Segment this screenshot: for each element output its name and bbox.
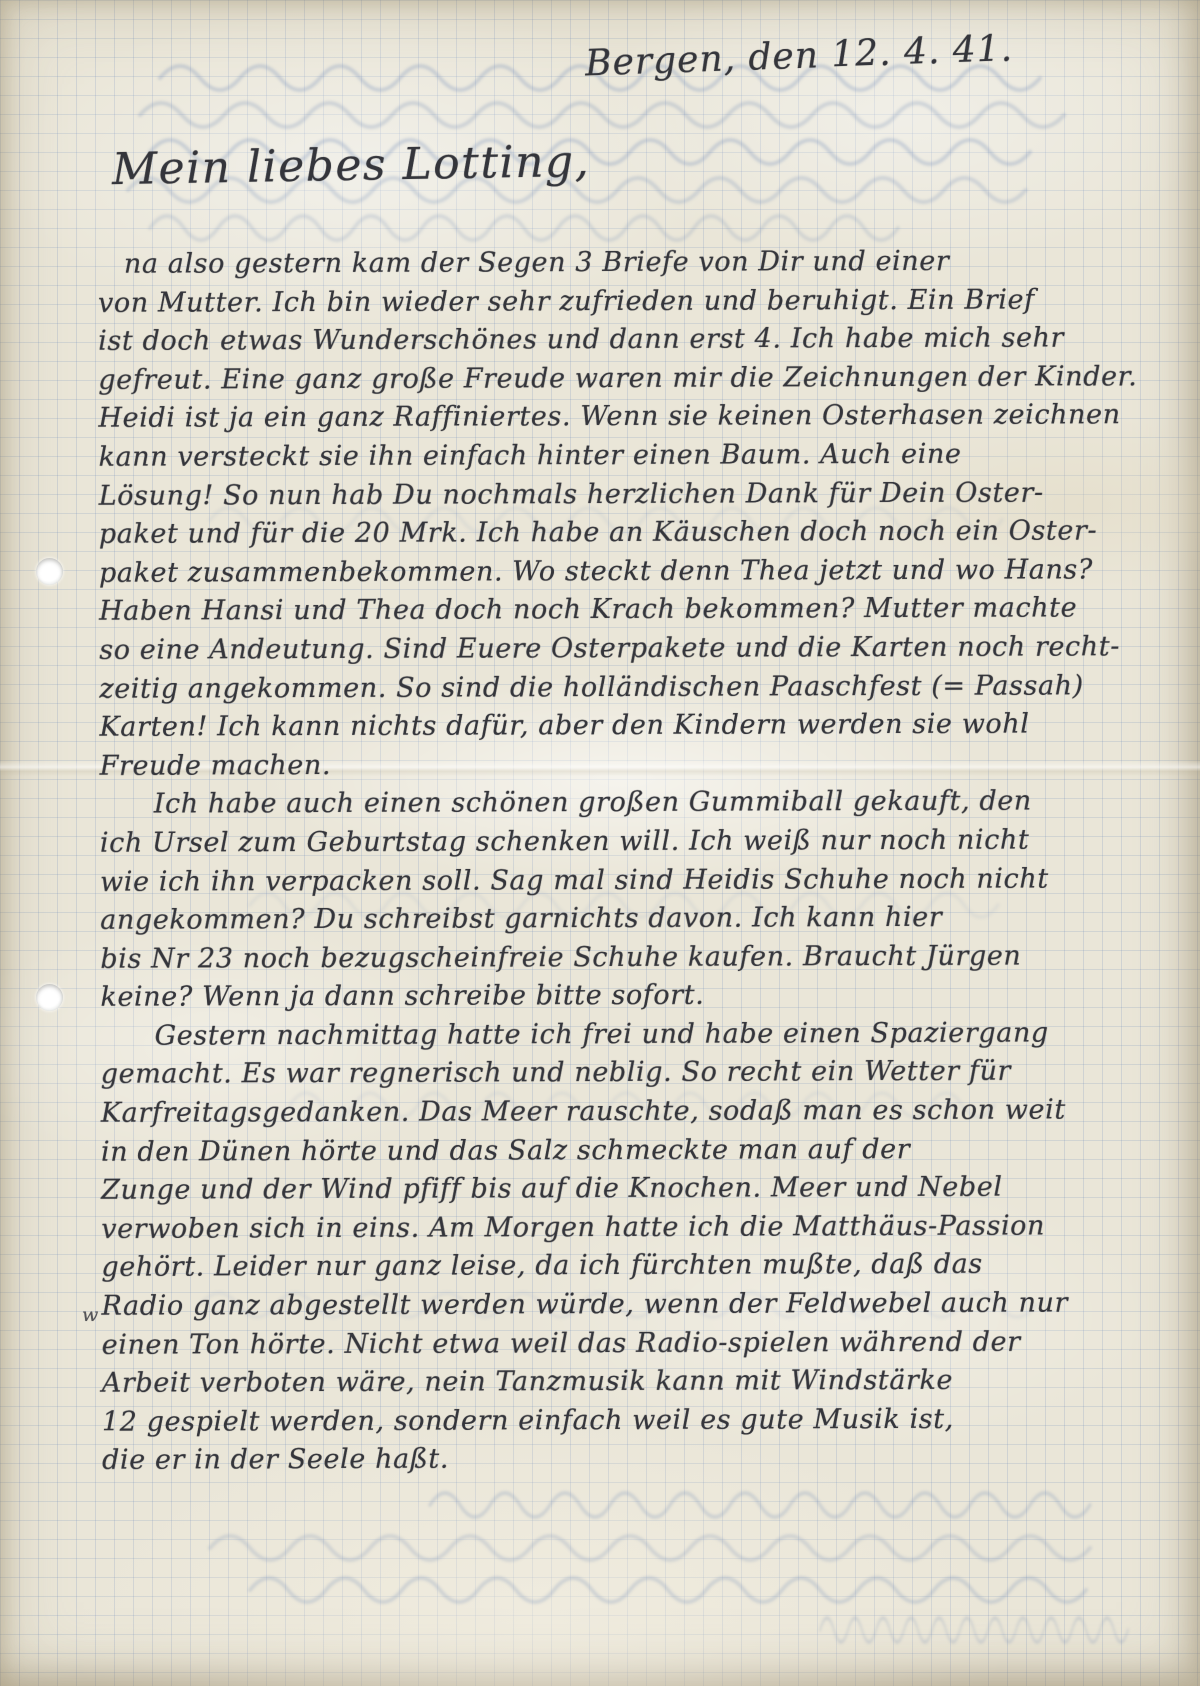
letter-line: paket und für die 20 Mrk. Ich habe an Kä… xyxy=(99,512,1114,554)
letter-line: na also gestern kam der Segen 3 Briefe v… xyxy=(98,242,1113,284)
letter-line: 12 gespielt werden, sondern einfach weil… xyxy=(102,1400,1117,1442)
letter-line: Karten! Ich kann nichts dafür, aber den … xyxy=(99,705,1114,747)
letter-line: Radio ganz abgestellt werden würde, wenn… xyxy=(101,1284,1116,1326)
letter-line: von Mutter. Ich bin wieder sehr zufriede… xyxy=(98,281,1113,323)
letter-line: Haben Hansi und Thea doch noch Krach bek… xyxy=(99,590,1114,632)
letter-line: zeitig angekommen. So sind die holländis… xyxy=(99,667,1114,709)
letter-line: bis Nr 23 noch bezugscheinfreie Schuhe k… xyxy=(100,937,1115,979)
letter-line: Freude machen. xyxy=(100,744,1115,786)
salutation: Mein liebes Lotting, xyxy=(112,136,591,195)
punch-hole-bottom xyxy=(36,984,63,1011)
letter-line: ich Ursel zum Geburtstag schenken will. … xyxy=(100,821,1115,863)
letter-line: Zunge und der Wind pfiff bis auf die Kno… xyxy=(101,1168,1116,1210)
letter-page: Bergen, den 12. 4. 41. Mein liebes Lotti… xyxy=(0,0,1200,1686)
letter-line: verwoben sich in eins. Am Morgen hatte i… xyxy=(101,1207,1116,1249)
letter-body: na also gestern kam der Segen 3 Briefe v… xyxy=(98,242,1117,1481)
letter-line: ist doch etwas Wunderschönes und dann er… xyxy=(98,319,1113,361)
letter-line: Arbeit verboten wäre, nein Tanzmusik kan… xyxy=(102,1361,1117,1403)
letter-line: Karfreitagsgedanken. Das Meer rauschte, … xyxy=(101,1091,1116,1133)
letter-line: Ich habe auch einen schönen großen Gummi… xyxy=(100,783,1115,825)
letter-line: wie ich ihn verpacken soll. Sag mal sind… xyxy=(100,860,1115,902)
letter-line: kann versteckt sie ihn einfach hinter ei… xyxy=(99,435,1114,477)
paragraph-3: Gestern nachmittag hatte ich frei und ha… xyxy=(101,1014,1118,1481)
letter-line: so eine Andeutung. Sind Euere Osterpaket… xyxy=(99,628,1114,670)
paragraph-1: na also gestern kam der Segen 3 Briefe v… xyxy=(98,242,1115,786)
paragraph-2: Ich habe auch einen schönen großen Gummi… xyxy=(100,783,1116,1018)
margin-correction-mark: w xyxy=(82,1304,98,1326)
letter-line: gefreut. Eine ganz große Freude waren mi… xyxy=(98,358,1113,400)
dateline: Bergen, den 12. 4. 41. xyxy=(584,29,1013,85)
letter-line: einen Ton hörte. Nicht etwa weil das Rad… xyxy=(102,1323,1117,1365)
letter-line: gehört. Leider nur ganz leise, da ich fü… xyxy=(101,1246,1116,1288)
letter-line: Gestern nachmittag hatte ich frei und ha… xyxy=(101,1014,1116,1056)
letter-line: die er in der Seele haßt. xyxy=(102,1439,1117,1481)
letter-line: in den Dünen hörte und das Salz schmeckt… xyxy=(101,1130,1116,1172)
letter-line: angekommen? Du schreibst garnichts davon… xyxy=(100,898,1115,940)
letter-line: gemacht. Es war regnerisch und neblig. S… xyxy=(101,1053,1116,1095)
letter-line: Lösung! So nun hab Du nochmals herzliche… xyxy=(99,474,1114,516)
punch-hole-top xyxy=(36,558,63,585)
letter-line: keine? Wenn ja dann schreibe bitte sofor… xyxy=(100,976,1115,1018)
letter-line: Heidi ist ja ein ganz Raffiniertes. Wenn… xyxy=(98,397,1113,439)
letter-line: paket zusammenbekommen. Wo steckt denn T… xyxy=(99,551,1114,593)
